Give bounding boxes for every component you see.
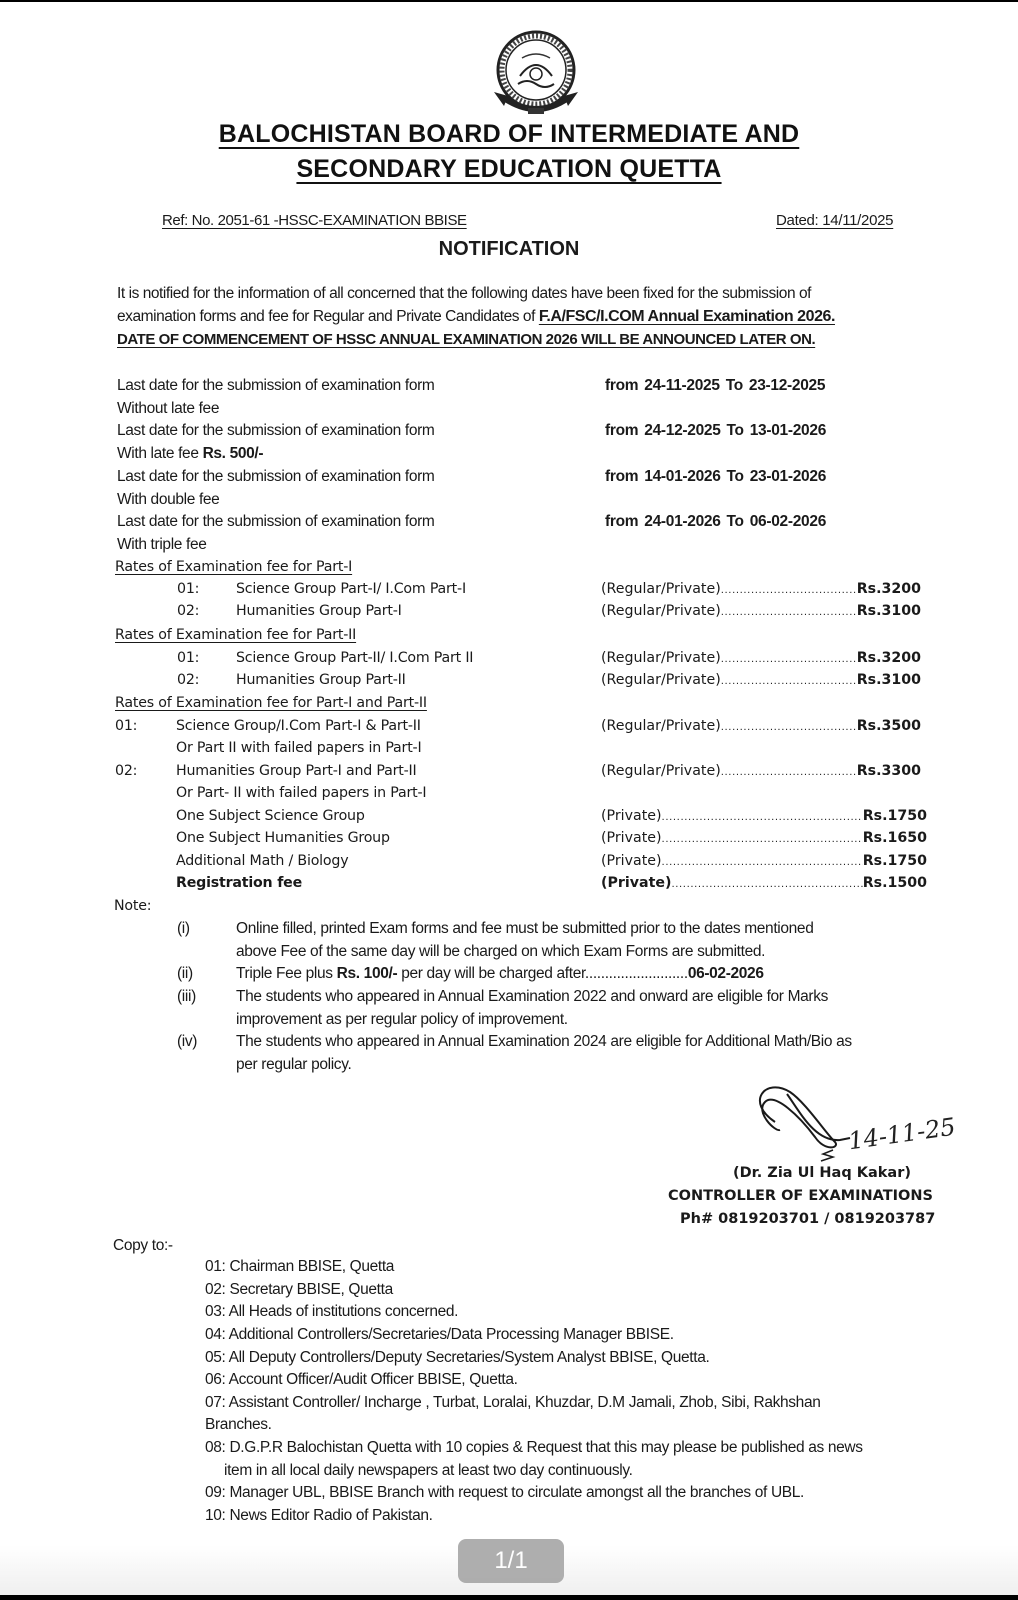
schedule-dates: from 24-12-2025 To 13-01-2026 — [605, 422, 826, 440]
fee-row-description: Registration fee — [176, 875, 302, 891]
schedule-dates: from 24-11-2025 To 23-12-2025 — [605, 377, 825, 395]
notification-heading: NOTIFICATION — [0, 238, 1018, 261]
schedule-sub-fee: Rs. 500/- — [203, 445, 264, 462]
dated: Dated: 14/11/2025 — [776, 212, 893, 229]
fee-row-description: Science Group Part-II/ I.Com Part II — [236, 650, 473, 666]
schedule-label: Last date for the submission of examinat… — [117, 377, 434, 395]
copy-to-item: item in all local daily newspapers at le… — [224, 1462, 633, 1480]
schedule-sub-label: With late fee Rs. 500/- — [117, 445, 263, 463]
schedule-sub-text: Without late fee — [117, 400, 219, 417]
note-label: Note: — [114, 898, 151, 914]
bbise-emblem-icon — [490, 26, 582, 122]
signatory-name: (Dr. Zia Ul Haq Kakar) — [733, 1165, 911, 1181]
note-text: The students who appeared in Annual Exam… — [236, 1033, 852, 1051]
copy-to-item: 08: D.G.P.R Balochistan Quetta with 10 c… — [205, 1439, 863, 1457]
fee-row-number: 02: — [177, 672, 199, 688]
fee-row-description: Science Group/I.Com Part-I & Part-II — [176, 718, 421, 734]
copy-to-item: 04: Additional Controllers/Secretaries/D… — [205, 1326, 674, 1344]
signatory-title: CONTROLLER OF EXAMINATIONS — [668, 1188, 933, 1204]
dot-leader — [721, 603, 857, 619]
schedule-sub-label: With triple fee — [117, 536, 207, 554]
schedule-label: Last date for the submission of examinat… — [117, 422, 434, 440]
copy-to-item: 05: All Deputy Controllers/Deputy Secret… — [205, 1349, 709, 1367]
fee-amount-row: (Regular/Private)Rs.3300 — [601, 763, 921, 779]
note-text: improvement as per regular policy of imp… — [236, 1011, 568, 1029]
fee-row-description: One Subject Humanities Group — [176, 830, 390, 846]
fee-amount-row: (Private)Rs.1650 — [601, 830, 927, 846]
fee-row-number: 01: — [115, 718, 137, 734]
fee-candidate-type: (Regular/Private) — [601, 650, 721, 666]
fee-amount-row: (Private)Rs.1500 — [601, 875, 927, 891]
dot-leader — [721, 650, 857, 666]
schedule-label: Last date for the submission of examinat… — [117, 513, 434, 531]
fee-row-number: 01: — [177, 650, 199, 666]
fee-row-description: Humanities Group Part-I — [236, 603, 402, 619]
dot-leader — [721, 672, 857, 688]
fee-amount-row: (Regular/Private)Rs.3200 — [601, 581, 921, 597]
fee-amount: Rs.3300 — [857, 763, 921, 779]
fee-row-description: Humanities Group Part-II — [236, 672, 406, 688]
fee-amount: Rs.1750 — [863, 853, 927, 869]
fee-amount-row: (Regular/Private)Rs.3200 — [601, 650, 921, 666]
schedule-label: Last date for the submission of examinat… — [117, 468, 434, 486]
schedule-sub-text: With double fee — [117, 491, 219, 508]
copy-to-item: 02: Secretary BBISE, Quetta — [205, 1281, 393, 1299]
copy-to-label: Copy to:- — [113, 1237, 173, 1255]
fee-heading-part1: Rates of Examination fee for Part-I — [115, 559, 352, 575]
dot-leader — [662, 830, 863, 846]
schedule-sub-text: With triple fee — [117, 536, 207, 553]
fee-amount: Rs.1650 — [863, 830, 927, 846]
fee-candidate-type: (Regular/Private) — [601, 581, 721, 597]
dot-leader — [662, 853, 863, 869]
dot-leader — [662, 808, 863, 824]
signatory-phone: Ph# 0819203701 / 0819203787 — [680, 1211, 935, 1227]
fee-amount-row: (Regular/Private)Rs.3100 — [601, 603, 921, 619]
note-marker: (iii) — [177, 988, 196, 1006]
schedule-dates: from 14-01-2026 To 23-01-2026 — [605, 468, 826, 486]
note-text-pre: Triple Fee plus — [236, 965, 337, 982]
fee-row-description: Humanities Group Part-I and Part-II — [176, 763, 416, 779]
note-text: per regular policy. — [236, 1056, 351, 1074]
fee-amount: Rs.3200 — [857, 650, 921, 666]
dot-leader — [721, 581, 857, 597]
fee-amount-row: (Private)Rs.1750 — [601, 853, 927, 869]
fee-amount: Rs.3100 — [857, 603, 921, 619]
note-text: Online filled, printed Exam forms and fe… — [236, 920, 813, 938]
schedule-sub-label: Without late fee — [117, 400, 219, 418]
fee-amount: Rs.1500 — [863, 875, 927, 891]
page-counter: 1/1 — [458, 1539, 564, 1583]
org-name-line1: BALOCHISTAN BOARD OF INTERMEDIATE AND — [0, 120, 1018, 149]
fee-candidate-type: (Private) — [601, 830, 662, 846]
fee-row-description: One Subject Science Group — [176, 808, 365, 824]
note-text: The students who appeared in Annual Exam… — [236, 988, 828, 1006]
copy-to-item: 06: Account Officer/Audit Officer BBISE,… — [205, 1371, 518, 1389]
fee-candidate-type: (Regular/Private) — [601, 718, 721, 734]
note-date: 06-02-2026 — [688, 965, 764, 982]
note-text: Triple Fee plus Rs. 100/- per day will b… — [236, 965, 764, 983]
copy-to-item: 03: All Heads of institutions concerned. — [205, 1303, 458, 1321]
intro-line-2-text: examination forms and fee for Regular an… — [117, 308, 539, 325]
intro-line-2: examination forms and fee for Regular an… — [117, 308, 835, 326]
fee-row-number: 01: — [177, 581, 199, 597]
notification-page: BALOCHISTAN BOARD OF INTERMEDIATE AND SE… — [0, 2, 1018, 1595]
fee-candidate-type: (Private) — [601, 875, 671, 891]
note-text-post: per day will be charged after...........… — [397, 965, 688, 982]
commencement-notice: DATE OF COMMENCEMENT OF HSSC ANNUAL EXAM… — [117, 331, 815, 348]
fee-candidate-type: (Private) — [601, 853, 662, 869]
schedule-dates: from 24-01-2026 To 06-02-2026 — [605, 513, 826, 531]
note-marker: (i) — [177, 920, 190, 938]
fee-row-description: Additional Math / Biology — [176, 853, 348, 869]
fee-row-description-continued: Or Part- II with failed papers in Part-I — [176, 785, 426, 801]
fee-row-description-continued: Or Part II with failed papers in Part-I — [176, 740, 421, 756]
org-name-line2: SECONDARY EDUCATION QUETTA — [0, 155, 1018, 184]
note-fee: Rs. 100/- — [337, 965, 398, 982]
copy-to-item: 09: Manager UBL, BBISE Branch with reque… — [205, 1484, 804, 1502]
reference-number: Ref: No. 2051-61 -HSSC-EXAMINATION BBISE — [162, 212, 467, 229]
fee-heading-part2: Rates of Examination fee for Part-II — [115, 627, 356, 643]
fee-row-number: 02: — [177, 603, 199, 619]
fee-candidate-type: (Regular/Private) — [601, 672, 721, 688]
fee-amount: Rs.3100 — [857, 672, 921, 688]
fee-amount: Rs.3500 — [857, 718, 921, 734]
fee-amount-row: (Private)Rs.1750 — [601, 808, 927, 824]
note-marker: (iv) — [177, 1033, 197, 1051]
fee-amount-row: (Regular/Private)Rs.3500 — [601, 718, 921, 734]
copy-to-item: 07: Assistant Controller/ Incharge , Tur… — [205, 1394, 821, 1412]
exam-title: F.A/FSC/I.COM Annual Examination 2026. — [539, 308, 835, 325]
fee-candidate-type: (Regular/Private) — [601, 763, 721, 779]
copy-to-item: 10: News Editor Radio of Pakistan. — [205, 1507, 433, 1525]
intro-line-1: It is notified for the information of al… — [117, 285, 811, 303]
note-marker: (ii) — [177, 965, 193, 983]
dot-leader — [721, 763, 857, 779]
schedule-sub-label: With double fee — [117, 491, 219, 509]
copy-to-item: 01: Chairman BBISE, Quetta — [205, 1258, 394, 1276]
fee-amount-row: (Regular/Private)Rs.3100 — [601, 672, 921, 688]
schedule-sub-text: With late fee — [117, 445, 203, 462]
fee-heading-both-parts: Rates of Examination fee for Part-I and … — [115, 695, 427, 711]
fee-row-description: Science Group Part-I/ I.Com Part-I — [236, 581, 466, 597]
document-viewer: BALOCHISTAN BOARD OF INTERMEDIATE AND SE… — [0, 2, 1018, 1595]
fee-amount: Rs.1750 — [863, 808, 927, 824]
fee-row-number: 02: — [115, 763, 137, 779]
dot-leader — [721, 718, 857, 734]
fee-candidate-type: (Private) — [601, 808, 662, 824]
note-text: above Fee of the same day will be charge… — [236, 943, 765, 961]
fee-amount: Rs.3200 — [857, 581, 921, 597]
dot-leader — [671, 875, 862, 891]
fee-candidate-type: (Regular/Private) — [601, 603, 721, 619]
copy-to-item: Branches. — [205, 1416, 272, 1434]
